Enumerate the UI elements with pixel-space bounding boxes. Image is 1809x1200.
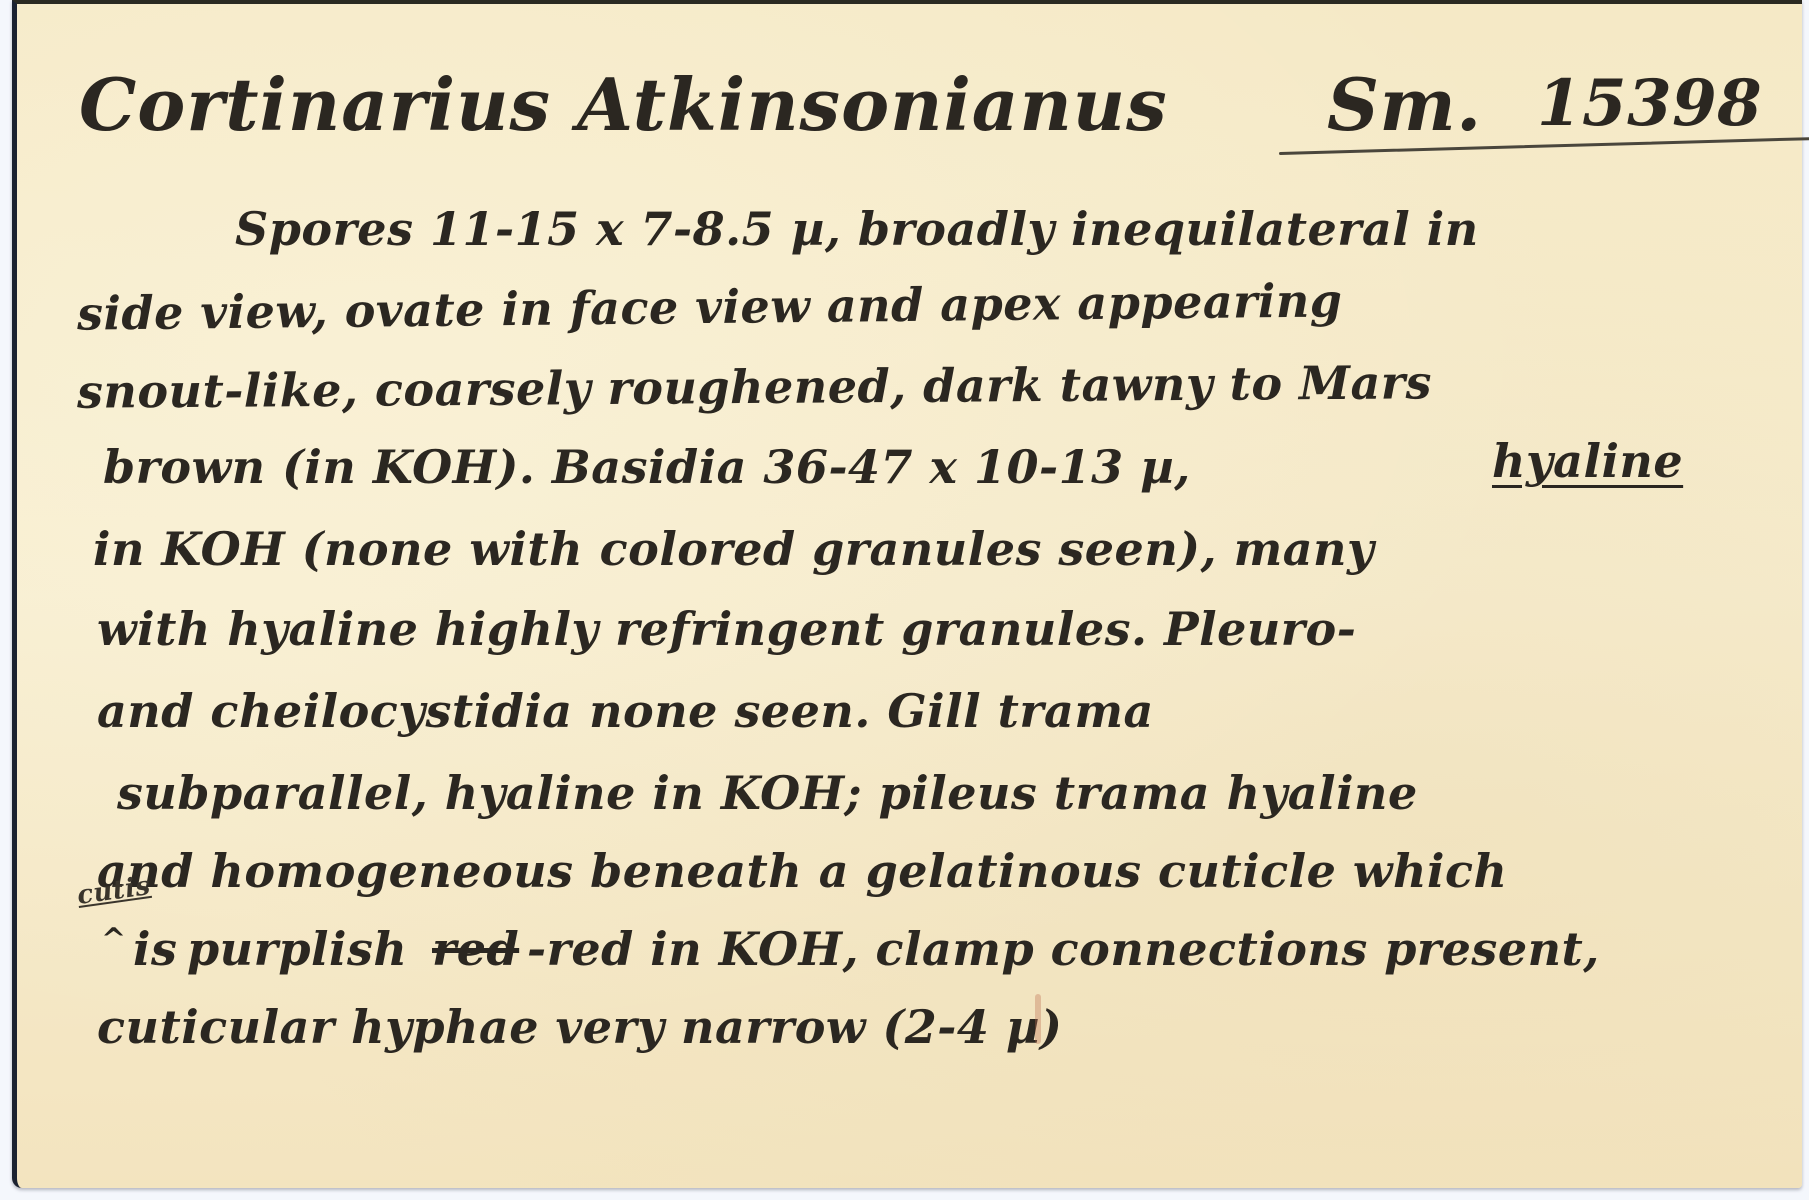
species-name: Cortinarius Atkinsonianus bbox=[79, 62, 1168, 147]
struck-word: red bbox=[432, 922, 519, 976]
text-line-10-prefix: is bbox=[133, 922, 177, 976]
scanned-card-page: Cortinarius Atkinsonianus Sm. 15398 Spor… bbox=[0, 0, 1809, 1200]
author-abbreviation: Sm. bbox=[1327, 62, 1482, 147]
text-line-2: side view, ovate in face view and apex a… bbox=[77, 273, 1343, 340]
underlined-word-hyaline: hyaline bbox=[1492, 434, 1683, 488]
text-line-4: brown (in KOH). Basidia 36-47 x 10-13 µ, bbox=[103, 440, 1191, 494]
text-line-10-rest: -red in KOH, clamp connections present, bbox=[527, 922, 1600, 976]
text-line-11: cuticular hyphae very narrow (2-4 µ) bbox=[97, 1000, 1062, 1054]
insertion-caret: ^ bbox=[101, 922, 127, 957]
collection-number: 15398 bbox=[1537, 66, 1762, 141]
text-line-8: subparallel, hyaline in KOH; pileus tram… bbox=[117, 766, 1418, 820]
index-card: Cortinarius Atkinsonianus Sm. 15398 Spor… bbox=[12, 0, 1802, 1188]
margin-note-cutis: cutis bbox=[75, 871, 152, 911]
text-line-1: Spores 11-15 x 7-8.5 µ, broadly inequila… bbox=[235, 202, 1479, 256]
text-line-3: snout-like, coarsely roughened, dark taw… bbox=[77, 355, 1432, 418]
text-line-10-purplish: purplish bbox=[187, 922, 407, 976]
text-line-7: and cheilocystidia none seen. Gill trama bbox=[97, 684, 1154, 738]
text-line-6: with hyaline highly refringent granules.… bbox=[97, 602, 1356, 656]
text-line-5: in KOH (none with colored granules seen)… bbox=[93, 522, 1374, 576]
ink-stain bbox=[1035, 994, 1041, 1044]
text-line-9: and homogeneous beneath a gelatinous cut… bbox=[97, 844, 1507, 898]
